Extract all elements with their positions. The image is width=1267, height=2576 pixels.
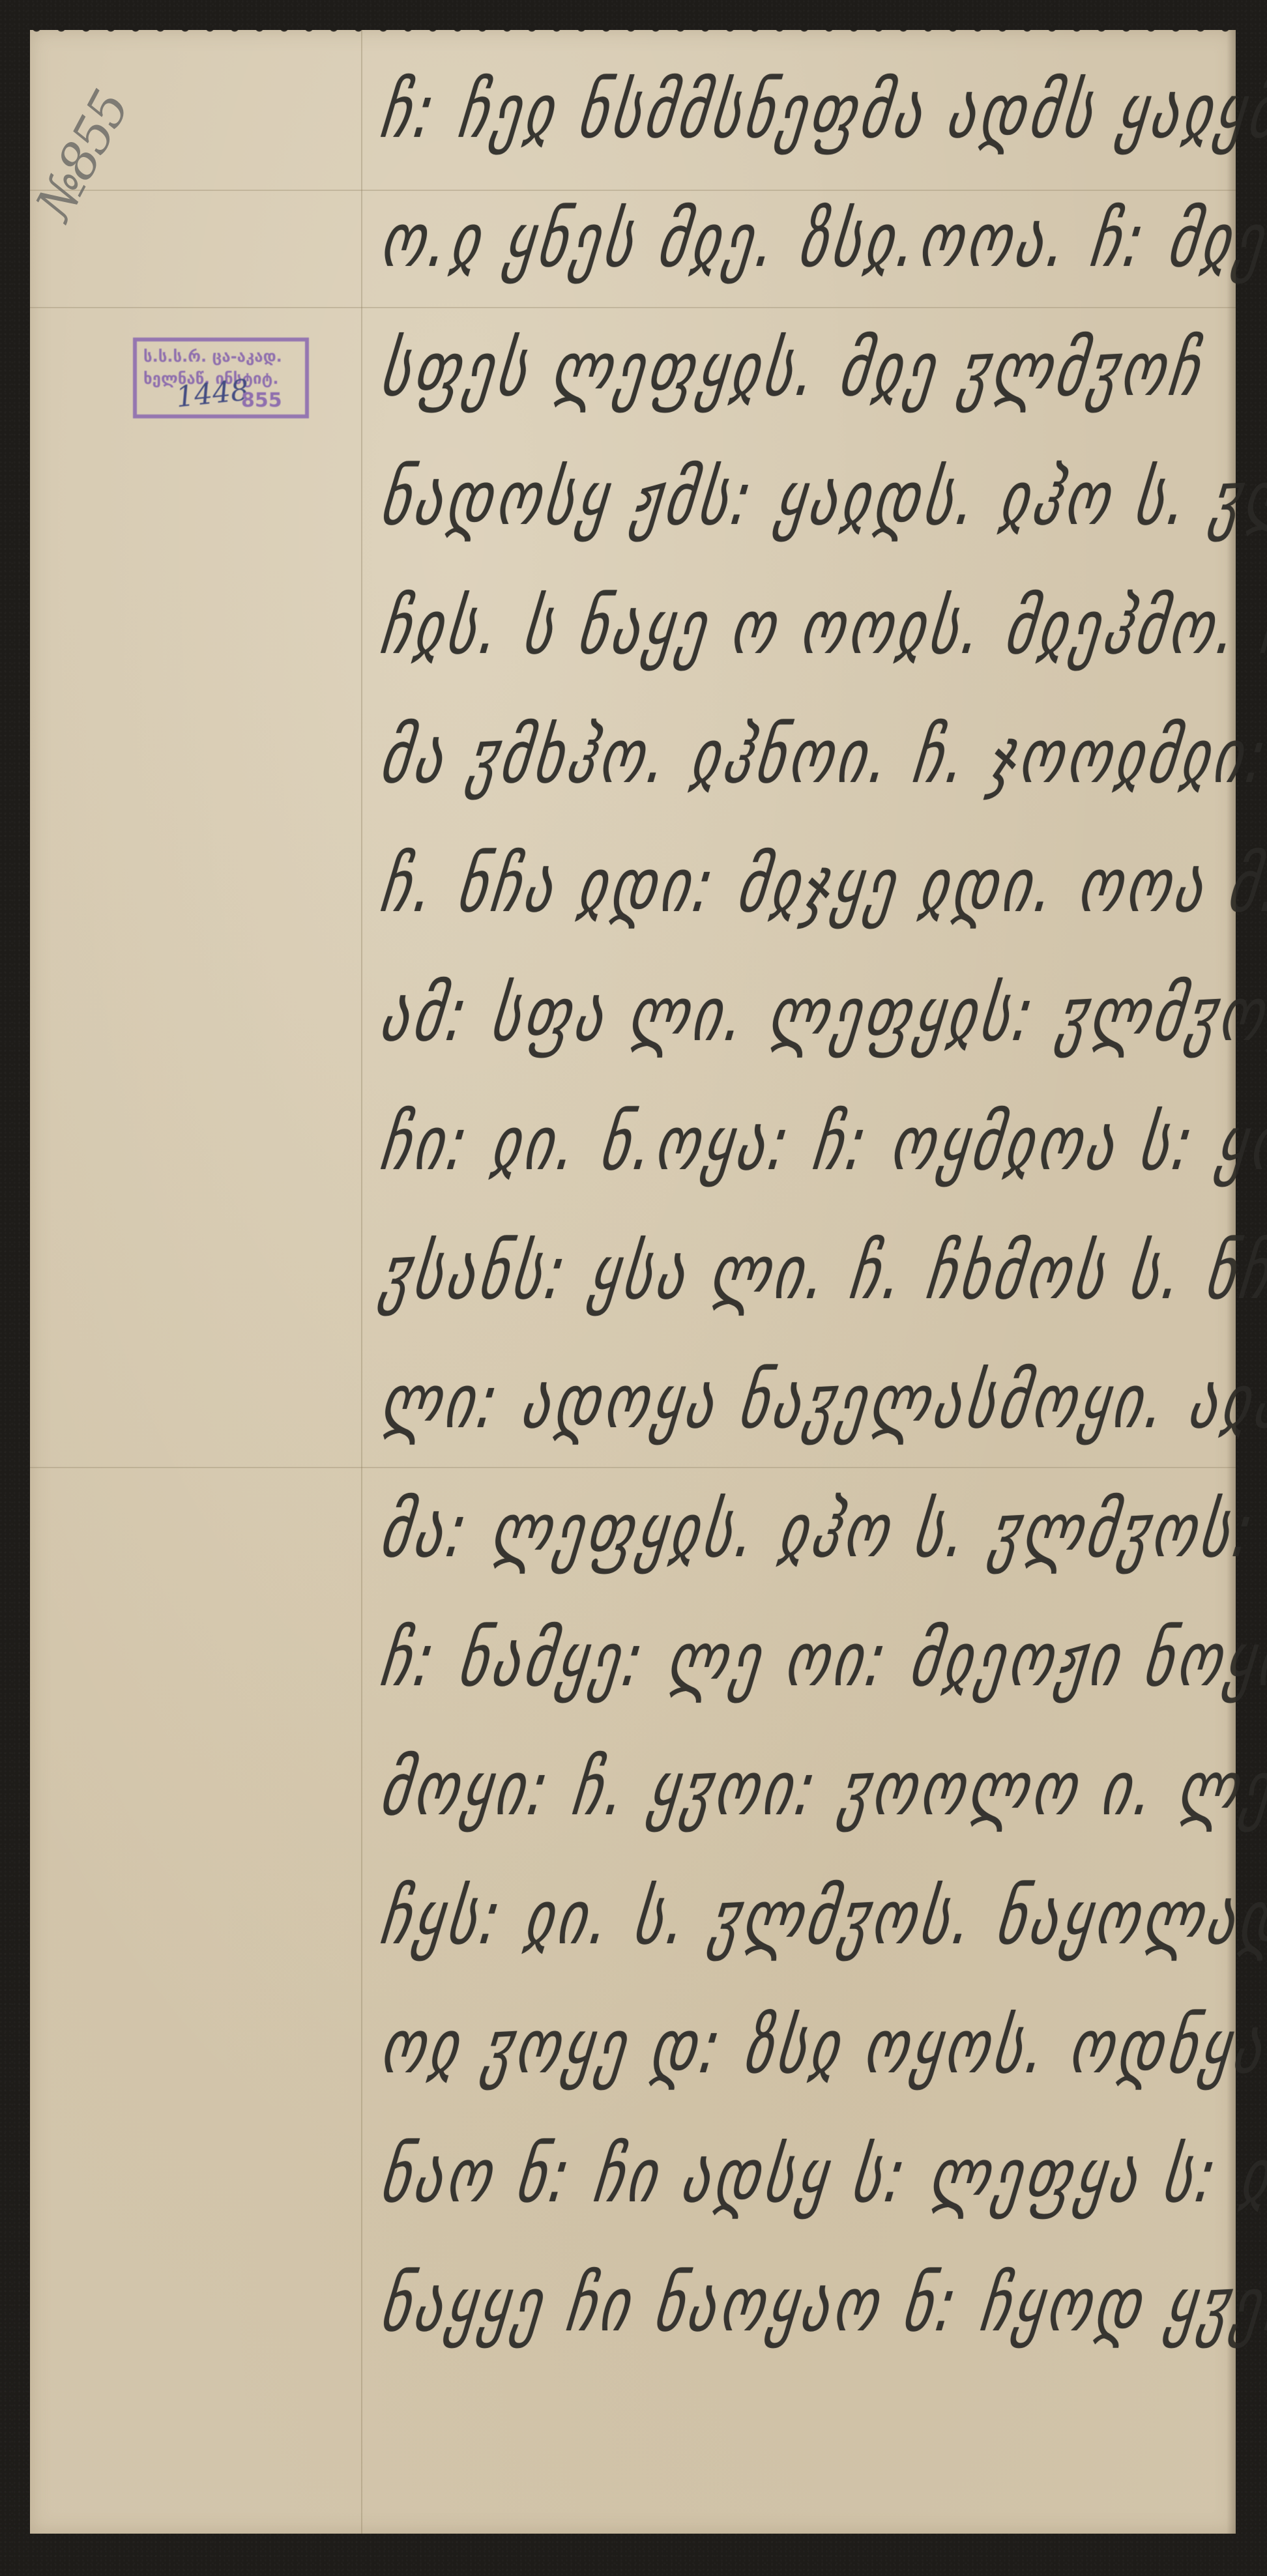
archive-stamp: ს.ს.ს.რ. ცა-აკად. ხელნაწ. ინსტიტ. 1448 8… — [133, 338, 309, 418]
manuscript-page: №855 ს.ს.ს.რ. ცა-აკად. ხელნაწ. ინსტიტ. 1… — [30, 30, 1236, 2534]
margin-rule — [361, 30, 362, 2534]
stamp-handwritten-number: 1448 — [175, 379, 250, 409]
stamp-line-1: ს.ს.ს.რ. ცა-აკად. — [143, 345, 299, 368]
pencil-folio-note: №855 — [29, 106, 184, 259]
text-line: ნაყყე ჩი ნაოყაო ნ: ჩყოდ ყჳე. ნოყ — [363, 2261, 1255, 2435]
stamp-printed-number: 855 — [241, 390, 282, 412]
